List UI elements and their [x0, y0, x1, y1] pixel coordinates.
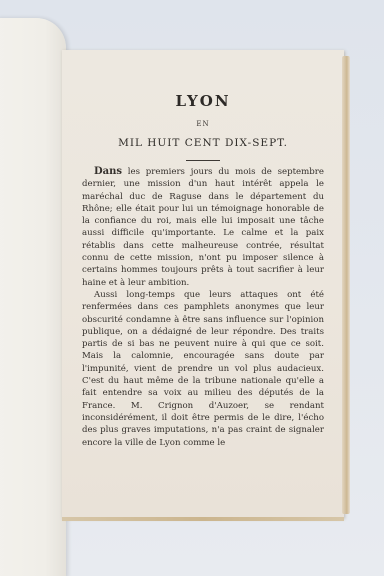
- paragraph-2: Aussi long-temps que leurs attaques ont …: [82, 289, 324, 449]
- book-page: LYON EN MIL HUIT CENT DIX-SEPT. Dans les…: [62, 50, 344, 518]
- divider-rule: [186, 160, 220, 161]
- facing-page: [0, 18, 66, 576]
- paragraph-1-text: les premiers jours du mois de septembre …: [82, 167, 324, 288]
- body-text: Dans les premiers jours du mois de septe…: [82, 166, 324, 449]
- paragraph-1: Dans les premiers jours du mois de septe…: [82, 166, 324, 289]
- page-subtitle: MIL HUIT CENT DIX-SEPT.: [62, 137, 344, 149]
- title-connector: EN: [62, 120, 344, 128]
- dropcap-word: Dans: [94, 166, 122, 177]
- page-title: LYON: [62, 92, 344, 110]
